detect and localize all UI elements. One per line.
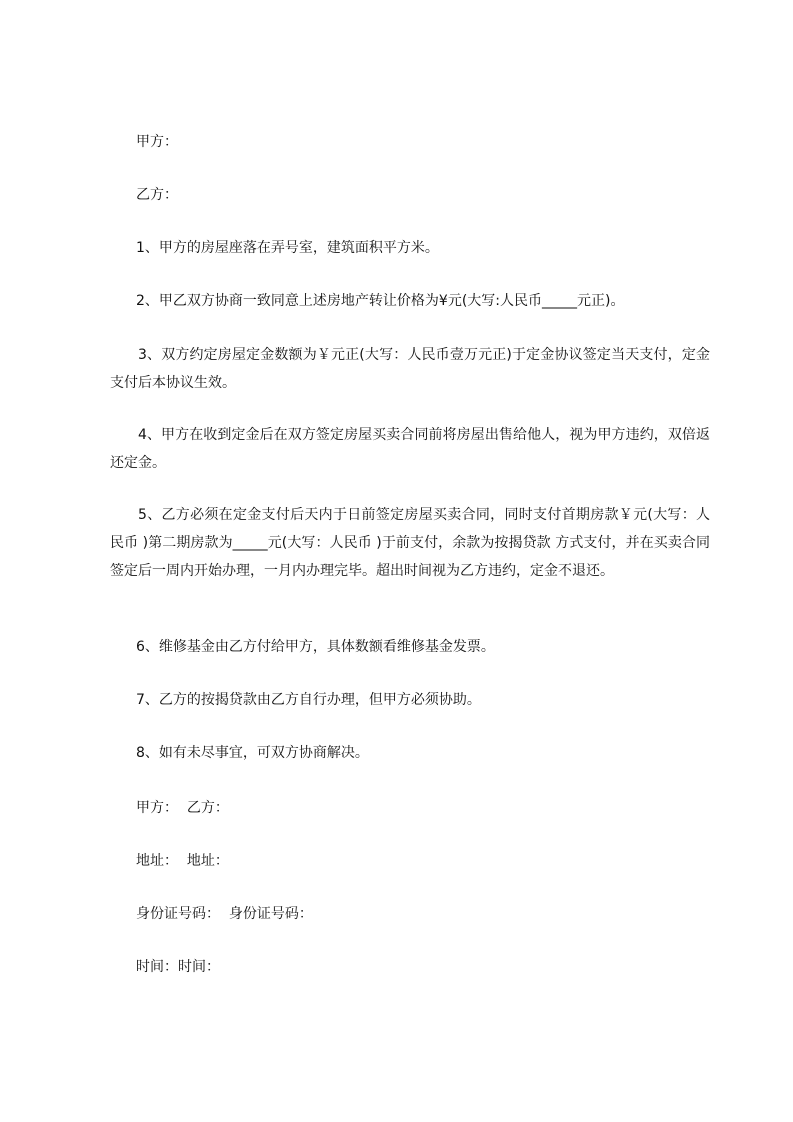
signature-id-number: 身份证号码： 身份证号码： <box>136 905 313 923</box>
signature-time: 时间：时间： <box>136 958 220 976</box>
clause-5-text: 5、乙方必须在定金支付后天内于日前签定房屋买卖合同，同时支付首期房款￥元(大写：… <box>110 501 710 585</box>
clause-6: 6、维修基金由乙方付给甲方，具体数额看维修基金发票。 <box>136 638 495 656</box>
clause-1: 1、甲方的房屋座落在弄号室，建筑面积平方米。 <box>136 239 439 257</box>
clause-4-text: 4、甲方在收到定金后在双方签定房屋买卖合同前将房屋出售给他人，视为甲方违约，双倍… <box>110 421 710 477</box>
clause-3-text: 3、双方约定房屋定金数额为￥元正(大写：人民币壹万元正)于定金协议签定当天支付，… <box>110 341 710 397</box>
signature-parties: 甲方： 乙方： <box>136 799 229 817</box>
clause-2: 2、甲乙双方协商一致同意上述房地产转让价格为¥元(大写:人民币_____元正)。 <box>136 292 624 310</box>
clause-7: 7、乙方的按揭贷款由乙方自行办理，但甲方必须协助。 <box>136 691 481 709</box>
signature-address: 地址： 地址： <box>136 852 229 870</box>
party-a-label: 甲方： <box>136 133 178 151</box>
clause-3: 3、双方约定房屋定金数额为￥元正(大写：人民币壹万元正)于定金协议签定当天支付，… <box>110 341 710 397</box>
clause-8: 8、如有未尽事宜，可双方协商解决。 <box>136 744 369 762</box>
clause-5: 5、乙方必须在定金支付后天内于日前签定房屋买卖合同，同时支付首期房款￥元(大写：… <box>110 501 710 585</box>
party-b-label: 乙方： <box>136 186 178 204</box>
clause-4: 4、甲方在收到定金后在双方签定房屋买卖合同前将房屋出售给他人，视为甲方违约，双倍… <box>110 421 710 477</box>
